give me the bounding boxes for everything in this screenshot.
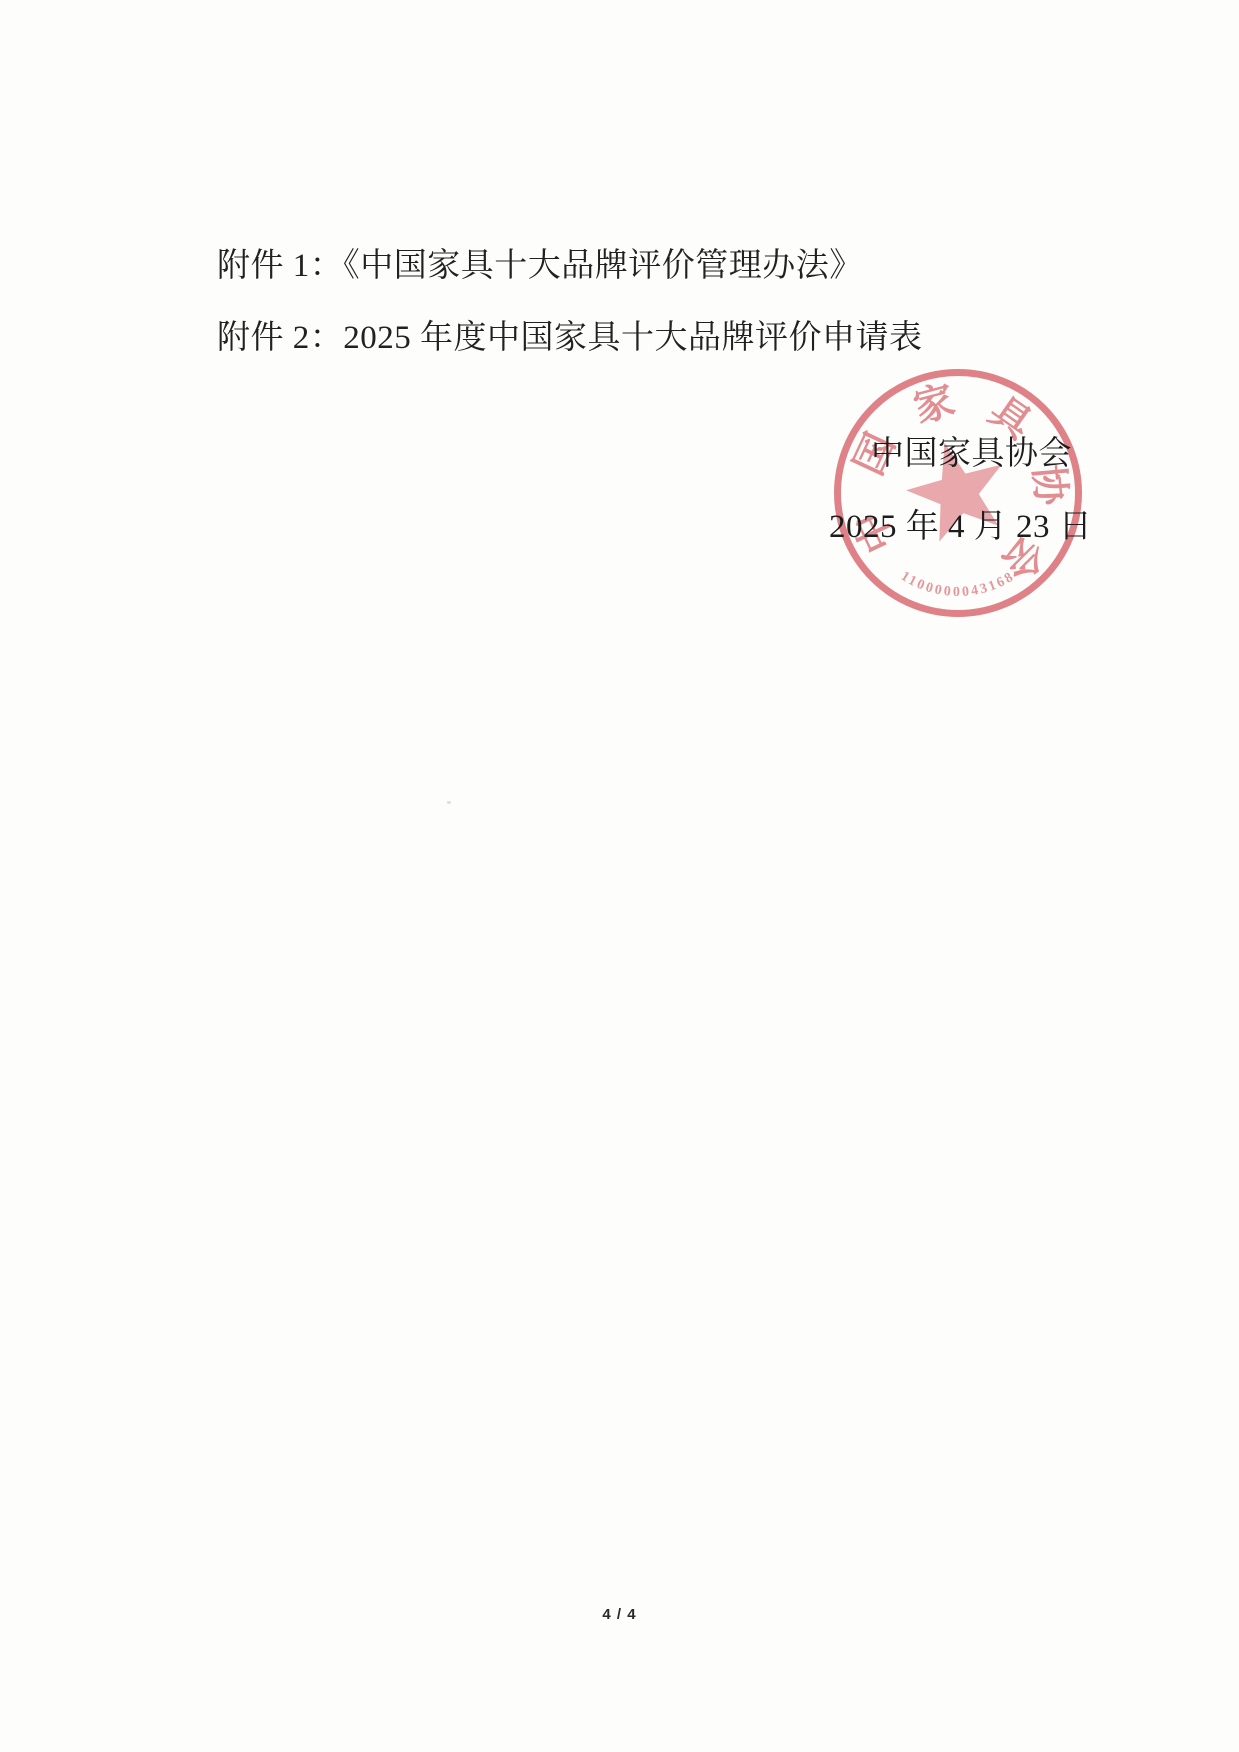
official-seal-stamp: 中 国 家 具 协 会 1100000043168	[828, 362, 1088, 622]
seal-char: 家	[909, 377, 959, 431]
page-number: 4 / 4	[0, 1606, 1239, 1623]
signature-date: 2025 年 4 月 23 日	[829, 500, 1092, 547]
signature-org-name: 中国家具协会	[871, 427, 1072, 474]
scan-speck	[447, 801, 451, 804]
attachment-line-2: 附件 2：2025 年度中国家具十大品牌评价申请表	[217, 311, 923, 358]
seal-serial-text: 1100000043168	[898, 569, 1018, 600]
attachment-line-1: 附件 1：《中国家具十大品牌评价管理办法》	[217, 239, 863, 286]
document-page: 附件 1：《中国家具十大品牌评价管理办法》 附件 2：2025 年度中国家具十大…	[0, 0, 1239, 1752]
seal-serial-number: 1100000043168	[898, 569, 1018, 600]
